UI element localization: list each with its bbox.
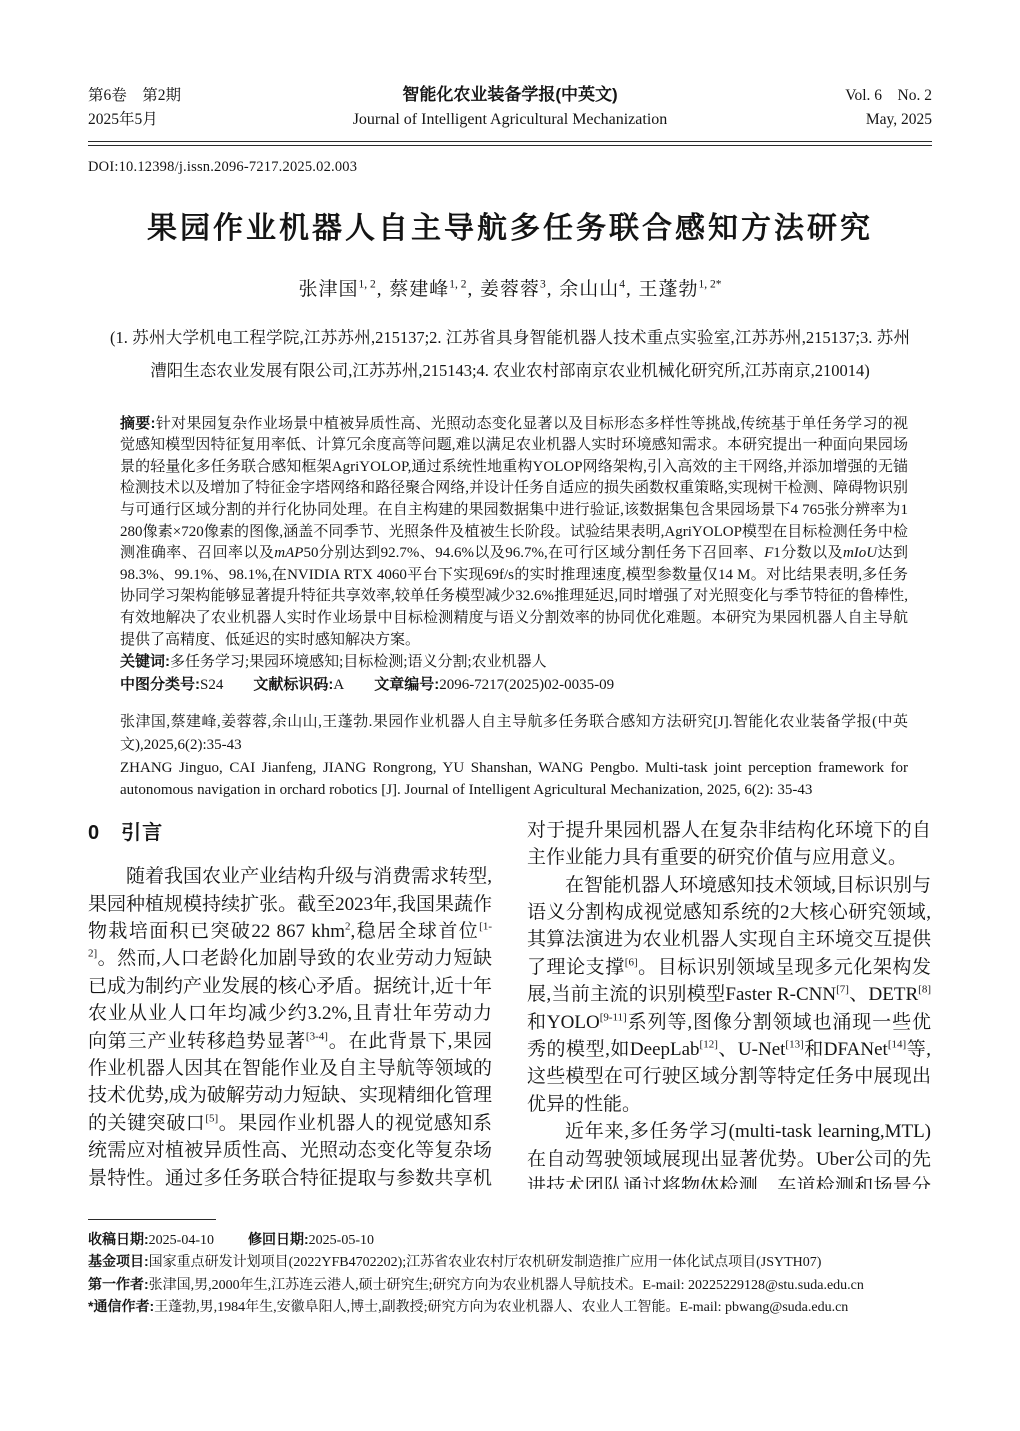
journal-header: 第6卷 第2期 2025年5月 智能化农业装备学报(中英文) Journal o… — [88, 84, 932, 132]
abstract-label: 摘要: — [120, 415, 156, 432]
first-author-label: 第一作者: — [88, 1276, 149, 1292]
doi-value: 10.12398/j.issn.2096-7217.2025.02.003 — [119, 159, 358, 175]
first-author-line: 第一作者:张津国,男,2000年生,江苏连云港人,硕士研究生;研究方向为农业机器… — [88, 1274, 934, 1296]
dates-line: 收稿日期:2025-04-10修回日期:2025-05-10 — [88, 1229, 934, 1251]
paper-title: 果园作业机器人自主导航多任务联合感知方法研究 — [88, 203, 932, 247]
intro-paragraph-3: 近年来,多任务学习(multi-task learning,MTL)在自动驾驶领… — [527, 1118, 931, 1189]
fund-label: 基金项目: — [88, 1253, 149, 1269]
author-name: 蔡建峰1, 2 — [389, 279, 466, 300]
author-name: 余山山4 — [559, 279, 625, 300]
intro-paragraph-1-continued: 对于提升果园机器人在复杂非结构化环境下的自主作业能力具有重要的研究价值与应用意义… — [527, 817, 931, 872]
keywords-line: 关键词:多任务学习;果园环境感知;目标检测;语义分割;农业机器人 — [120, 651, 908, 674]
authors-line: 张津国1, 2, 蔡建峰1, 2, 姜蓉蓉3, 余山山4, 王蓬勃1, 2* — [88, 274, 932, 301]
date-en: May, 2025 — [757, 108, 932, 132]
intro-paragraph-2: 在智能机器人环境感知技术领域,目标识别与语义分割构成视觉感知系统的2大核心研究领… — [527, 872, 931, 1119]
author-name: 张津国1, 2 — [298, 279, 375, 300]
abstract-text: 针对果园复杂作业场景中植被异质性高、光照动态变化显著以及目标形态多样性等挑战,传… — [120, 416, 908, 648]
article-id-label: 文章编号: — [374, 676, 439, 693]
doi-line: DOI:10.12398/j.issn.2096-7217.2025.02.00… — [88, 159, 932, 176]
doi-label: DOI: — [88, 159, 119, 175]
corresponding-author-text: 王蓬勃,男,1984年生,安徽阜阳人,博士,副教授;研究方向为农业机器人、农业人… — [154, 1300, 848, 1315]
journal-name-cn: 智能化农业装备学报(中英文) — [263, 84, 757, 106]
citation-section: 张津国,蔡建峰,姜蓉蓉,余山山,王蓬勃.果园作业机器人自主导航多任务联合感知方法… — [120, 711, 908, 801]
volume-issue-cn: 第6卷 第2期 — [88, 84, 263, 108]
corresponding-author-line: *通信作者:王蓬勃,男,1984年生,安徽阜阳人,博士,副教授;研究方向为农业机… — [88, 1296, 934, 1318]
clc-value: S24 — [200, 677, 223, 693]
citation-cn: 张津国,蔡建峰,姜蓉蓉,余山山,王蓬勃.果园作业机器人自主导航多任务联合感知方法… — [120, 711, 908, 756]
abstract-paragraph: 摘要:针对果园复杂作业场景中植被异质性高、光照动态变化显著以及目标形态多样性等挑… — [120, 413, 908, 652]
header-volume-issue-en: Vol. 6 No. 2 May, 2025 — [757, 84, 932, 132]
fund-line: 基金项目:国家重点研发计划项目(2022YFB4702202);江苏省农业农村厅… — [88, 1251, 934, 1273]
footnote-divider-rule — [88, 1219, 216, 1220]
citation-en: ZHANG Jinguo, CAI Jianfeng, JIANG Rongro… — [120, 757, 908, 802]
article-id-item: 文章编号:2096-7217(2025)02-0035-09 — [374, 677, 614, 693]
journal-name-block: 智能化农业装备学报(中英文) Journal of Intelligent Ag… — [263, 84, 757, 132]
header-volume-issue-cn: 第6卷 第2期 2025年5月 — [88, 84, 263, 132]
date-cn: 2025年5月 — [88, 108, 263, 132]
author-name: 姜蓉蓉3 — [480, 279, 546, 300]
author-name: 王蓬勃1, 2* — [639, 279, 722, 300]
volume-issue-en: Vol. 6 No. 2 — [757, 84, 932, 108]
left-column: 0 引言 随着我国农业产业结构升级与消费需求转型,果园种植规模持续扩张。截至20… — [88, 817, 492, 1189]
right-column: 对于提升果园机器人在复杂非结构化环境下的自主作业能力具有重要的研究价值与应用意义… — [527, 817, 931, 1189]
received-date-label: 收稿日期: — [88, 1231, 149, 1247]
doc-code-item: 文献标识码:A — [253, 677, 344, 693]
abstract-section: 摘要:针对果园复杂作业场景中植被异质性高、光照动态变化显著以及目标形态多样性等挑… — [120, 413, 908, 697]
article-id-value: 2096-7217(2025)02-0035-09 — [439, 677, 614, 693]
keywords-text: 多任务学习;果园环境感知;目标检测;语义分割;农业机器人 — [170, 654, 547, 670]
first-author-text: 张津国,男,2000年生,江苏连云港人,硕士研究生;研究方向为农业机器人导航技术… — [149, 1278, 864, 1293]
footnote-area: 收稿日期:2025-04-10修回日期:2025-05-10 基金项目:国家重点… — [88, 1219, 934, 1318]
doc-code-label: 文献标识码: — [253, 676, 333, 693]
received-date: 2025-04-10 — [149, 1233, 214, 1248]
affiliations: (1. 苏州大学机电工程学院,江苏苏州,215137;2. 江苏省具身智能机器人… — [110, 321, 910, 388]
doc-code-value: A — [333, 677, 344, 693]
body-columns: 0 引言 随着我国农业产业结构升级与消费需求转型,果园种植规模持续扩张。截至20… — [88, 817, 932, 1189]
keywords-label: 关键词: — [120, 653, 170, 670]
section-heading-introduction: 0 引言 — [88, 820, 492, 847]
corresponding-author-label: *通信作者: — [88, 1298, 154, 1314]
journal-name-en: Journal of Intelligent Agricultural Mech… — [263, 108, 757, 132]
meta-line: 中图分类号:S24文献标识码:A文章编号:2096-7217(2025)02-0… — [120, 674, 908, 697]
intro-paragraph-1: 随着我国农业产业结构升级与消费需求转型,果园种植规模持续扩张。截至2023年,我… — [88, 863, 492, 1189]
paper-page: 第6卷 第2期 2025年5月 智能化农业装备学报(中英文) Journal o… — [0, 0, 1020, 1431]
fund-text: 国家重点研发计划项目(2022YFB4702202);江苏省农业农村厅农机研发制… — [149, 1255, 822, 1270]
revised-date: 2025-05-10 — [309, 1233, 374, 1248]
revised-date-label: 修回日期: — [248, 1231, 309, 1247]
clc-item: 中图分类号:S24 — [120, 677, 223, 693]
clc-label: 中图分类号: — [120, 676, 200, 693]
header-divider-rule — [88, 141, 932, 146]
